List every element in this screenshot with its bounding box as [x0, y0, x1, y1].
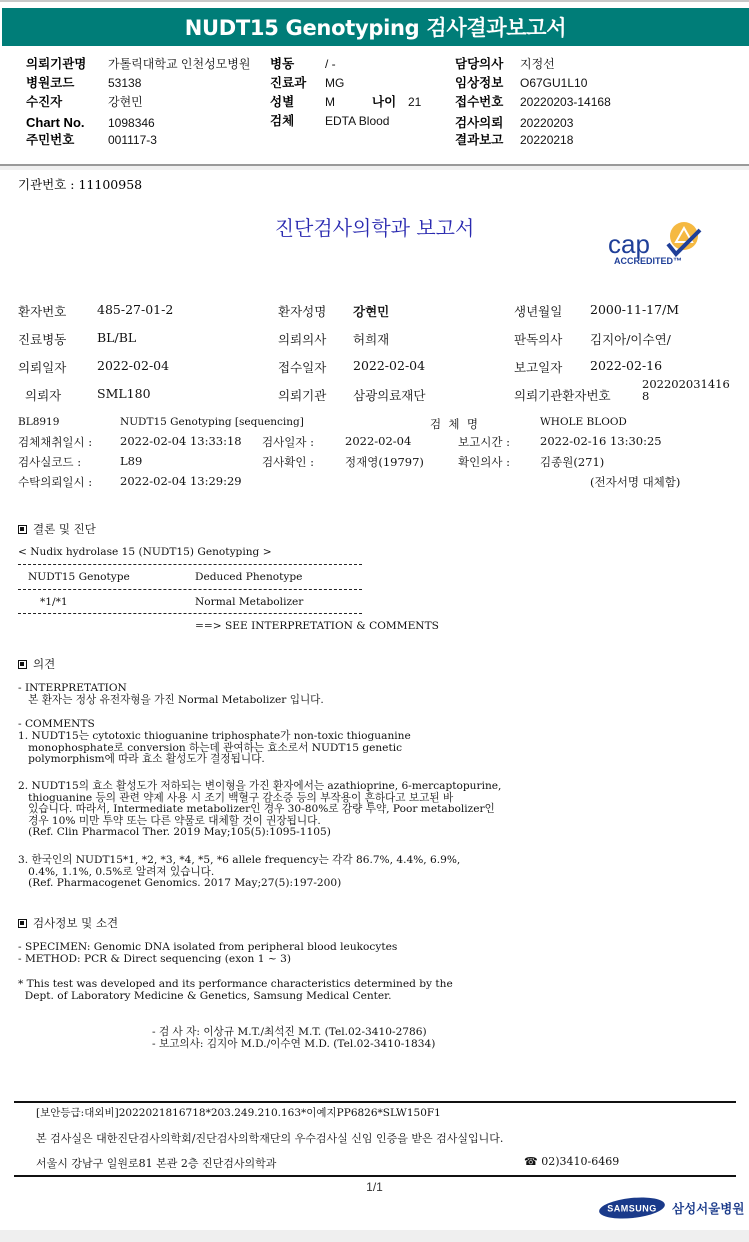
value-consign-time: 2022-02-04 13:29:29	[120, 474, 242, 488]
header-field-request-date: 검사의뢰	[455, 116, 503, 130]
value-specimen-name: WHOLE BLOOD	[540, 416, 627, 428]
institution-number: 기관번호 : 11100958	[18, 175, 142, 193]
comment-1: 1. NUDT15는 cytotoxic thioguanine triphos…	[18, 731, 411, 766]
dashed-rule	[18, 564, 362, 565]
label-request-date: 의뢰일자	[18, 358, 66, 376]
reporter-info: - 보고의사: 김지아 M.D./이수연 M.D. (Tel.02-3410-1…	[152, 1039, 435, 1051]
label-reading-doctor: 판독의사	[514, 330, 562, 348]
label-referring-institution: 의뢰기관	[278, 386, 326, 404]
bottom-band	[0, 1230, 749, 1242]
conclusion-subtitle: < Nudix hydrolase 15 (NUDT15) Genotyping…	[18, 547, 272, 559]
label-patient-name: 환자성명	[278, 302, 326, 320]
comments-label: - COMMENTS	[18, 719, 95, 731]
header-field-institution: 의뢰기관명	[26, 57, 86, 71]
section-test-info: 검사정보 및 소견	[18, 915, 118, 931]
svg-text:SAMSUNG: SAMSUNG	[607, 1204, 657, 1214]
label-confirming-doctor: 확인의사 :	[458, 454, 510, 470]
label-collection-time: 검체채취일시 :	[18, 434, 92, 450]
svg-text:ACCREDITED™: ACCREDITED™	[614, 256, 682, 266]
header-value-department: MG	[325, 76, 344, 90]
label-ward: 진료병동	[18, 330, 66, 348]
value-reading-doctor: 김지아/이수연/	[590, 330, 671, 348]
header-field-chart-no: Chart No.	[26, 116, 85, 130]
square-bullet-icon	[18, 919, 27, 928]
development-note: * This test was developed and its perfor…	[18, 979, 453, 1002]
test-code: BL8919	[18, 416, 59, 428]
see-interpretation-note: ==> SEE INTERPRETATION & COMMENTS	[195, 621, 439, 633]
report-title: NUDT15 Genotyping 검사결과보고서	[185, 12, 567, 42]
test-name: NUDT15 Genotyping [sequencing]	[120, 416, 304, 428]
label-birth-date: 생년월일	[514, 302, 562, 320]
interpretation-text: 본 환자는 정상 유전자형을 가진 Normal Metabolizer 입니다…	[18, 695, 324, 707]
report-title-bar: NUDT15 Genotyping 검사결과보고서	[2, 8, 749, 46]
value-lab-code: L89	[120, 454, 142, 468]
value-collection-time: 2022-02-04 13:33:18	[120, 434, 242, 448]
header-field-clinical-info: 임상정보	[455, 76, 503, 90]
value-confirming-doctor: 김종원(271)	[540, 454, 604, 470]
value-patient-name: 강현민	[353, 302, 389, 320]
header-value-institution: 가톨릭대학교 인천성모병원	[108, 57, 250, 71]
header-field-sex: 성별	[270, 95, 294, 109]
header-value-specimen: EDTA Blood	[325, 114, 389, 128]
certification-note: 본 검사실은 대한진단검사의학회/진단검사의학재단의 우수검사실 신임 인증을 …	[36, 1130, 503, 1146]
label-patient-no: 환자번호	[18, 302, 66, 320]
header-field-hospital-code: 병원코드	[26, 76, 74, 90]
label-test-date: 검사일자 :	[262, 434, 314, 450]
label-requester: 의뢰자	[25, 386, 61, 404]
tester-info: - 검 사 자: 이상규 M.T./최석진 M.T. (Tel.02-3410-…	[152, 1027, 427, 1039]
header-value-ward: / -	[325, 57, 336, 71]
header-value-resident-no: 001117-3	[108, 133, 157, 147]
method-info: - METHOD: PCR & Direct sequencing (exon …	[18, 954, 291, 966]
dashed-rule	[18, 589, 362, 590]
header-value-patient: 강현민	[108, 95, 143, 109]
value-referring-doctor: 허희재	[353, 330, 389, 348]
value-report-time: 2022-02-16 13:30:25	[540, 434, 662, 448]
value-report-date: 2022-02-16	[590, 358, 662, 373]
header-band	[0, 166, 749, 170]
value-test-date: 2022-02-04	[345, 434, 411, 448]
label-report-time: 보고시간 :	[458, 434, 510, 450]
value-test-confirm: 정재영(19797)	[345, 454, 424, 470]
col-genotype-header: NUDT15 Genotype	[28, 572, 130, 584]
footer-top-rule	[14, 1101, 736, 1103]
phenotype-value: Normal Metabolizer	[195, 597, 303, 609]
label-receipt-date: 접수일자	[278, 358, 326, 376]
label-report-date: 보고일자	[514, 358, 562, 376]
label-lab-code: 검사실코드 :	[18, 454, 81, 470]
samsung-logo: SAMSUNG	[598, 1196, 666, 1220]
col-phenotype-header: Deduced Phenotype	[195, 572, 302, 584]
header-field-result-date: 결과보고	[455, 133, 503, 147]
value-institution-patient-no: 202202031416 8	[642, 378, 730, 402]
value-requester: SML180	[97, 386, 151, 401]
label-consign-time: 수탁의뢰일시 :	[18, 474, 92, 490]
section-conclusion: 결론 및 진단	[18, 521, 96, 537]
header-value-chart-no: 1098346	[108, 116, 155, 130]
header-value-receipt-no: 20220203-14168	[520, 95, 611, 109]
label-specimen-name: 검 체 명	[430, 416, 478, 432]
header-field-department: 진료과	[270, 76, 306, 90]
e-signature-note: (전자서명 대체함)	[590, 474, 680, 490]
value-referring-institution: 삼광의료재단	[353, 386, 425, 404]
square-bullet-icon	[18, 660, 27, 669]
cap-accredited-logo: cap ACCREDITED™	[606, 220, 706, 268]
header-field-ward: 병동	[270, 57, 294, 71]
comment-2: 2. NUDT15의 효소 활성도가 저하되는 변이형을 가진 환자에서는 az…	[18, 781, 501, 839]
top-rule	[0, 0, 749, 2]
header-field-resident-no: 주민번호	[26, 133, 74, 147]
value-ward: BL/BL	[97, 330, 136, 345]
header-value-sex: M	[325, 95, 335, 109]
dashed-rule	[18, 613, 362, 614]
footer-bottom-rule	[14, 1175, 736, 1177]
header-value-clinical-info: O67GU1L10	[520, 76, 587, 90]
value-patient-no: 485-27-01-2	[97, 302, 173, 317]
label-test-confirm: 검사확인 :	[262, 454, 314, 470]
header-value-request-date: 20220203	[520, 116, 573, 130]
specimen-info: - SPECIMEN: Genomic DNA isolated from pe…	[18, 942, 397, 954]
interpretation-label: - INTERPRETATION	[18, 683, 127, 695]
header-field-receipt-no: 접수번호	[455, 95, 503, 109]
svg-text:cap: cap	[608, 229, 650, 259]
hospital-name: 삼성서울병원	[672, 1199, 744, 1217]
comment-3: 3. 한국인의 NUDT15*1, *2, *3, *4, *5, *6 all…	[18, 855, 460, 890]
value-birth-date: 2000-11-17/M	[590, 302, 679, 317]
header-value-hospital-code: 53138	[108, 76, 141, 90]
lab-address: 서울시 강남구 일원로81 본관 2층 진단검사의학과	[36, 1155, 276, 1171]
header-value-doctor: 지정선	[520, 57, 555, 71]
value-request-date: 2022-02-04	[97, 358, 169, 373]
label-institution-patient-no: 의뢰기관환자번호	[514, 386, 611, 404]
lab-phone: ☎ 02)3410-6469	[524, 1155, 619, 1168]
header-value-age: 21	[408, 95, 421, 109]
header-field-doctor: 담당의사	[455, 57, 503, 71]
header-field-specimen: 검체	[270, 114, 294, 128]
label-referring-doctor: 의뢰의사	[278, 330, 326, 348]
genotype-value: *1/*1	[40, 597, 68, 609]
page-number: 1/1	[0, 1180, 749, 1194]
section-opinion: 의견	[18, 656, 55, 672]
header-field-patient: 수진자	[26, 95, 62, 109]
header-value-result-date: 20220218	[520, 133, 573, 147]
value-receipt-date: 2022-02-04	[353, 358, 425, 373]
square-bullet-icon	[18, 525, 27, 534]
security-line: [보안등급:대외비]2022021816718*203.249.210.163*…	[36, 1105, 441, 1120]
header-field-age: 나이	[372, 95, 396, 109]
